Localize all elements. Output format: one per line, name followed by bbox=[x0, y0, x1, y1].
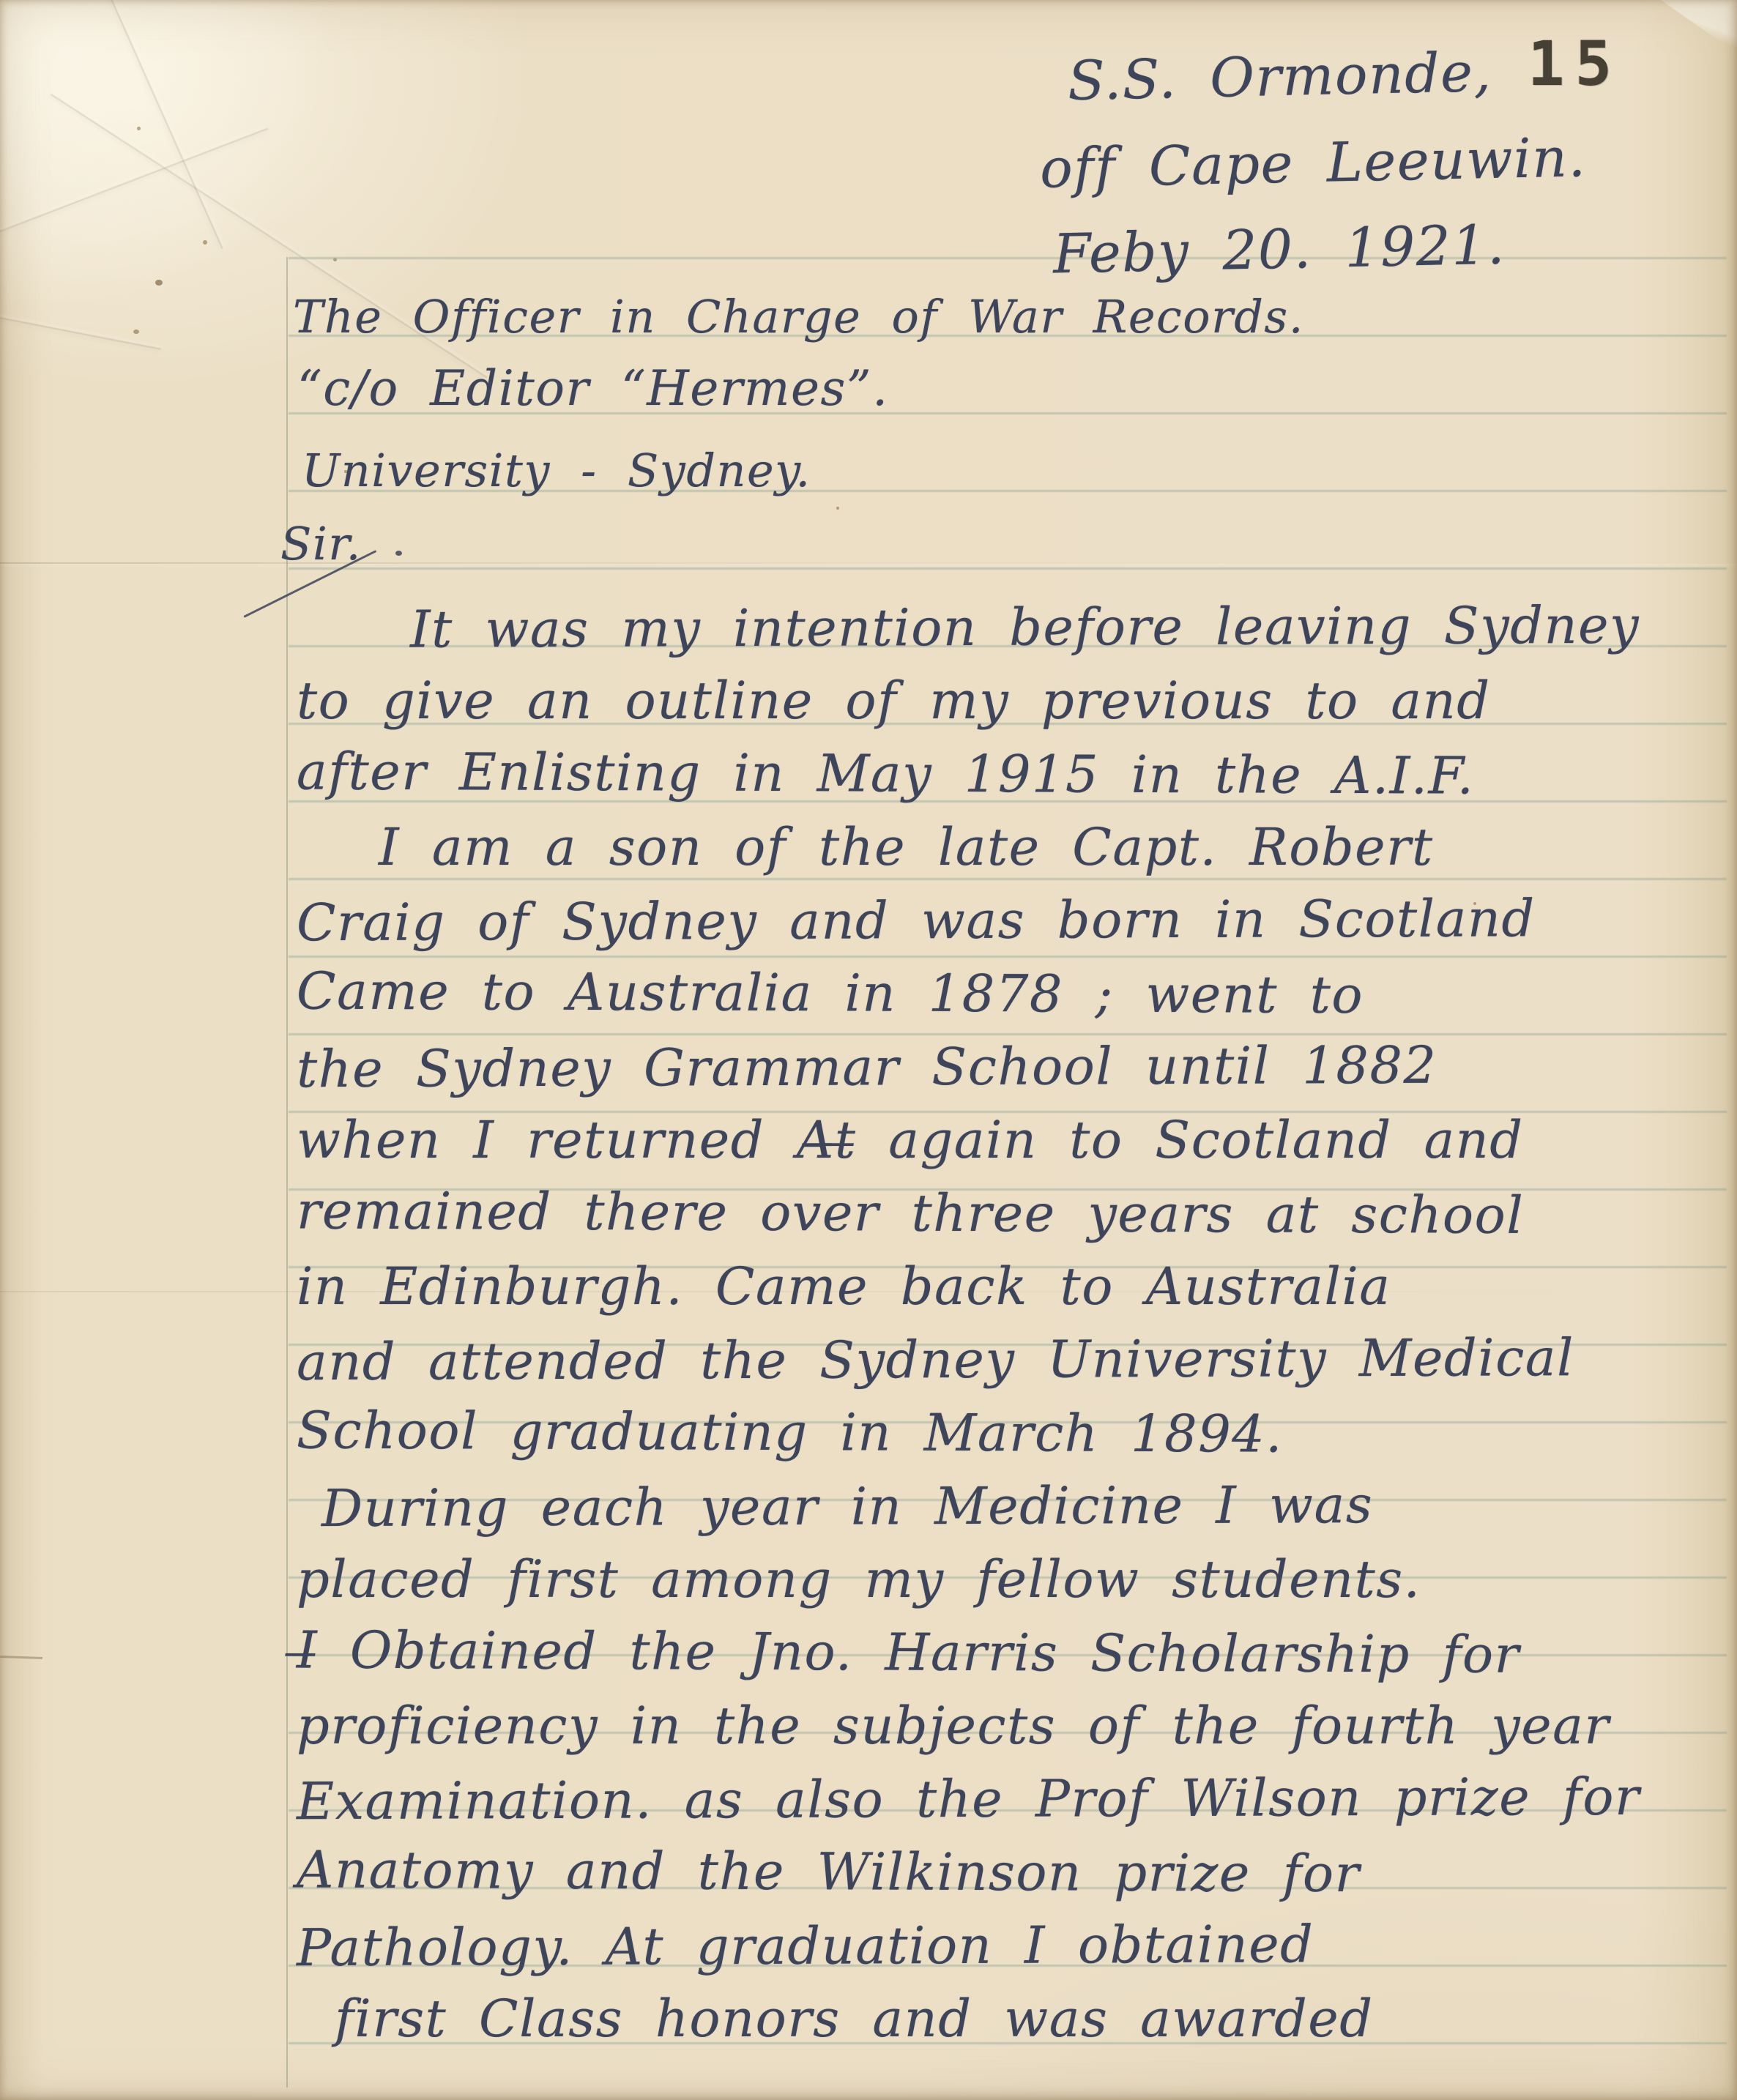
body-line-3: after Enlisting in May 1915 in the A.I.F… bbox=[297, 734, 1640, 813]
recipient-line-3: University - Sydney. bbox=[302, 444, 811, 497]
body-line-7: the Sydney Grammar School until 1882 bbox=[297, 1028, 1640, 1106]
paper-speck bbox=[137, 127, 141, 130]
body-line-20: first Class honors and was awarded bbox=[297, 1982, 1640, 2055]
body-line-11: and attended the Sydney University Medic… bbox=[297, 1321, 1640, 1399]
body-line-12: School graduating in March 1894. bbox=[297, 1393, 1640, 1472]
body-line-1: It was my intention before leaving Sydne… bbox=[297, 589, 1640, 666]
recipient-line-2: “c/o Editor “Hermes”. bbox=[297, 360, 889, 417]
corner-fold bbox=[1661, 0, 1737, 53]
paper-speck bbox=[155, 280, 163, 286]
body-line-9: remained there over three years at schoo… bbox=[297, 1174, 1640, 1252]
body-line-10: in Edinburgh. Came back to Australia bbox=[297, 1250, 1640, 1323]
body-line-5: Craig of Sydney and was born in Scotland bbox=[297, 882, 1640, 959]
body-line-16: proficiency in the subjects of the fourt… bbox=[297, 1689, 1640, 1762]
page-number-stamp: 15 bbox=[1528, 28, 1622, 100]
body-line-4: I am a son of the late Capt. Robert bbox=[297, 811, 1640, 884]
letter-body: It was my intention before leaving Sydne… bbox=[297, 591, 1640, 2055]
body-line-15: I̶ Obtained the Jno. Harris Scholarship … bbox=[297, 1613, 1640, 1691]
ruled-line bbox=[289, 257, 1727, 259]
horizontal-fold-crease bbox=[0, 562, 1737, 564]
edge-nick bbox=[0, 1656, 42, 1659]
paper-speck bbox=[203, 240, 207, 245]
paper-speck bbox=[133, 329, 139, 334]
date-line: Feby 20. 1921. bbox=[1052, 214, 1506, 286]
body-line-6: Came to Australia in 1878 ; went to bbox=[297, 954, 1640, 1032]
body-line-18: Anatomy and the Wilkinson prize for bbox=[297, 1833, 1640, 1911]
pen-flourish-dot bbox=[395, 551, 402, 556]
body-line-2: to give an outline of my previous to and bbox=[297, 664, 1640, 737]
body-line-8: when I returned A̶t̶ again to Scotland a… bbox=[297, 1103, 1640, 1177]
body-line-13: During each year in Medicine I was bbox=[297, 1467, 1640, 1545]
ruled-line bbox=[289, 567, 1727, 570]
body-line-14: placed first among my fellow students. bbox=[297, 1543, 1640, 1616]
body-line-19: Pathology. At graduation I obtained bbox=[297, 1907, 1640, 1984]
recipient-line-1: The Officer in Charge of War Records. bbox=[293, 290, 1304, 343]
body-line-17: Examination. as also the Prof Wilson pri… bbox=[297, 1760, 1640, 1838]
letter-page: 15 S.S. Ormonde, off Cape Leeuwin. Feby … bbox=[0, 0, 1737, 2100]
paper-speck bbox=[836, 507, 839, 510]
ship-line: S.S. Ormonde, bbox=[1067, 41, 1492, 113]
location-line: off Cape Leeuwin. bbox=[1039, 126, 1587, 201]
